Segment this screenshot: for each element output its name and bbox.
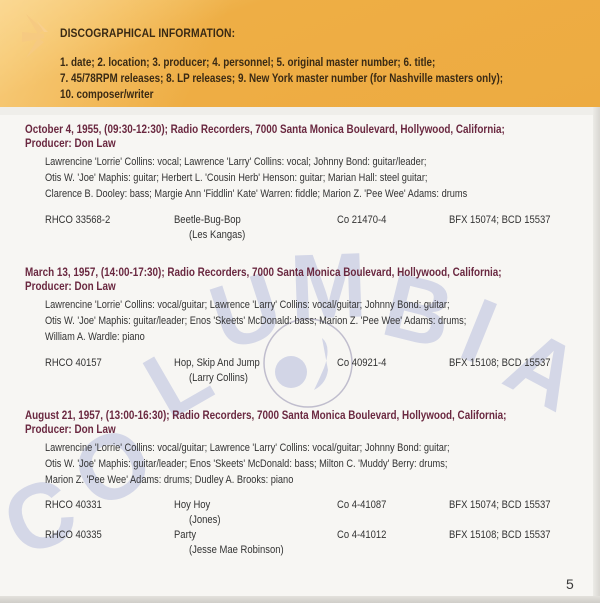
legend-line: 10. composer/writer [60, 87, 503, 103]
personnel-line: Otis W. 'Joe' Maphis: guitar/leader; Eno… [45, 313, 466, 329]
session-date-location: October 4, 1955, (09:30-12:30); Radio Re… [25, 123, 505, 137]
track-row: RHCO 40157 Hop, Skip And Jump (Larry Col… [0, 357, 600, 391]
personnel-line: William A. Wardle: piano [45, 329, 466, 345]
session-personnel: Lawrencine 'Lorrie' Collins: vocal/guita… [45, 440, 450, 488]
track-row: RHCO 40331 Hoy Hoy (Jones) Co 4-41087 BF… [0, 499, 600, 533]
master-number: RHCO 40331 [45, 499, 102, 511]
session-date-location: August 21, 1957, (13:00-16:30); Radio Re… [25, 409, 506, 423]
track-row: RHCO 40335 Party (Jesse Mae Robinson) Co… [0, 529, 600, 563]
single-release: Co 4-41012 [337, 529, 386, 541]
session-producer: Producer: Don Law [25, 423, 506, 437]
track-writer: (Jesse Mae Robinson) [189, 544, 284, 556]
discography-header: DISCOGRAPHICAL INFORMATION: 1. date; 2. … [0, 0, 600, 107]
personnel-line: Lawrencine 'Lorrie' Collins: vocal/guita… [45, 297, 466, 313]
sunburst-icon [22, 10, 62, 60]
track-row: RHCO 33568-2 Beetle-Bug-Bop (Les Kangas)… [0, 214, 600, 248]
track-writer: (Larry Collins) [189, 372, 248, 384]
personnel-line: Lawrencine 'Lorrie' Collins: vocal; Lawr… [45, 154, 467, 170]
page-edge-shadow [593, 107, 600, 603]
track-title: Beetle-Bug-Bop [174, 214, 241, 226]
track-title: Hoy Hoy [174, 499, 210, 511]
lp-release: BFX 15108; BCD 15537 [449, 357, 551, 369]
session-personnel: Lawrencine 'Lorrie' Collins: vocal; Lawr… [45, 154, 467, 202]
session-heading: March 13, 1957, (14:00-17:30); Radio Rec… [25, 266, 502, 294]
session-producer: Producer: Don Law [25, 137, 505, 151]
personnel-line: Otis W. 'Joe' Maphis: guitar/leader; Eno… [45, 456, 450, 472]
session-heading: October 4, 1955, (09:30-12:30); Radio Re… [25, 123, 505, 151]
personnel-line: Marion Z. 'Pee Wee' Adams: drums; Dudley… [45, 472, 450, 488]
header-divider [0, 107, 600, 115]
session-date-location: March 13, 1957, (14:00-17:30); Radio Rec… [25, 266, 502, 280]
personnel-line: Clarence B. Dooley: bass; Margie Ann 'Fi… [45, 186, 467, 202]
master-number: RHCO 40335 [45, 529, 102, 541]
single-release: Co 4-41087 [337, 499, 386, 511]
personnel-line: Otis W. 'Joe' Maphis: guitar; Herbert L.… [45, 170, 467, 186]
page-bottom-edge [0, 596, 600, 603]
booklet-page: DISCOGRAPHICAL INFORMATION: 1. date; 2. … [0, 0, 600, 603]
track-title: Party [174, 529, 196, 541]
personnel-line: Lawrencine 'Lorrie' Collins: vocal/guita… [45, 440, 450, 456]
master-number: RHCO 40157 [45, 357, 102, 369]
page-number: 5 [566, 576, 574, 592]
single-release: Co 40921-4 [337, 357, 386, 369]
discography-title: DISCOGRAPHICAL INFORMATION: [60, 28, 235, 40]
legend-line: 1. date; 2. location; 3. producer; 4. pe… [60, 55, 503, 71]
track-title: Hop, Skip And Jump [174, 357, 260, 369]
lp-release: BFX 15074; BCD 15537 [449, 499, 551, 511]
lp-release: BFX 15074; BCD 15537 [449, 214, 551, 226]
session-personnel: Lawrencine 'Lorrie' Collins: vocal/guita… [45, 297, 466, 345]
session-heading: August 21, 1957, (13:00-16:30); Radio Re… [25, 409, 506, 437]
lp-release: BFX 15108; BCD 15537 [449, 529, 551, 541]
master-number: RHCO 33568-2 [45, 214, 110, 226]
track-writer: (Les Kangas) [189, 229, 245, 241]
session-producer: Producer: Don Law [25, 280, 502, 294]
legend-line: 7. 45/78RPM releases; 8. LP releases; 9.… [60, 71, 503, 87]
discography-legend: 1. date; 2. location; 3. producer; 4. pe… [60, 55, 503, 103]
track-writer: (Jones) [189, 514, 221, 526]
single-release: Co 21470-4 [337, 214, 386, 226]
